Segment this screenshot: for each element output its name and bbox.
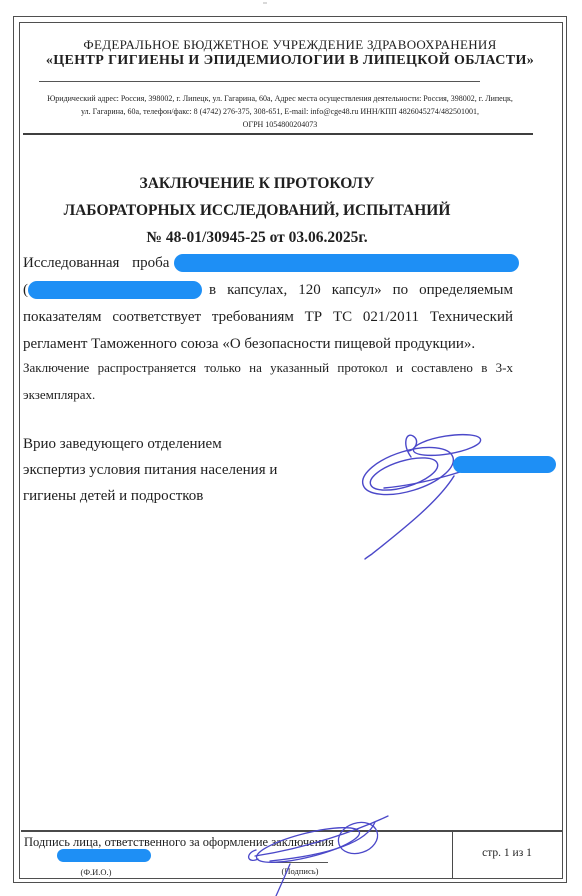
org-name-line2: «ЦЕНТР ГИГИЕНЫ И ЭПИДЕМИОЛОГИИ В ЛИПЕЦКО… <box>20 53 560 69</box>
redacted-sample-name-2 <box>28 281 202 299</box>
header-divider-thick <box>23 133 533 135</box>
body-line-2: ( в капсулах, 120 капсул» по определяемы… <box>23 279 513 301</box>
signatory-position-line1: Врио заведующего отделением <box>23 434 222 454</box>
org-address-line2: ул. Гагарина, 60а, телефон/факс: 8 (4742… <box>25 105 535 118</box>
doc-title-line2: ЛАБОРАТОРНЫХ ИССЛЕДОВАНИЙ, ИСПЫТАНИЙ <box>23 201 491 221</box>
org-address-block: Юридический адрес: Россия, 398002, г. Ли… <box>25 92 535 131</box>
scanned-document-page: ФЕДЕРАЛЬНОЕ БЮДЖЕТНОЕ УЧРЕЖДЕНИЕ ЗДРАВОО… <box>0 0 582 896</box>
note-line-1: Заключение распространяется только на ук… <box>23 357 513 379</box>
signature-scribble-footer <box>218 804 393 896</box>
signature-scribble-main <box>350 424 500 564</box>
signatory-position-line3: гигиены детей и подростков <box>23 486 203 506</box>
page-number: стр. 1 из 1 <box>452 847 562 859</box>
org-address-line1: Юридический адрес: Россия, 398002, г. Ли… <box>25 92 535 105</box>
scan-artifact-speck <box>263 2 267 4</box>
doc-number-date: № 48-01/30945-25 от 03.06.2025г. <box>23 228 491 248</box>
body-line-3: показателям соответствует требованиям ТР… <box>23 306 513 328</box>
signatory-position-line2: экспертиз условия питания населения и <box>23 460 277 480</box>
body-line1-text: Исследованная проба <box>23 252 169 274</box>
org-address-line3: ОГРН 1054800204073 <box>25 118 535 131</box>
redacted-signatory-name <box>453 456 556 473</box>
doc-title-line1: ЗАКЛЮЧЕНИЕ К ПРОТОКОЛУ <box>23 174 491 194</box>
header-divider-thin <box>39 81 480 82</box>
org-name-line1: ФЕДЕРАЛЬНОЕ БЮДЖЕТНОЕ УЧРЕЖДЕНИЕ ЗДРАВОО… <box>40 37 540 53</box>
redacted-responsible-name <box>57 849 151 862</box>
redacted-sample-name-1 <box>174 254 519 272</box>
body-line2-text: в капсулах, 120 капсул» по определяемым <box>209 279 513 301</box>
fio-label: (Ф.И.О.) <box>66 867 126 877</box>
body-line-1: Исследованная проба <box>23 252 519 274</box>
body-line-4: регламент Таможенного союза «О безопасно… <box>23 333 513 355</box>
note-line-2: экземплярах. <box>23 384 513 406</box>
